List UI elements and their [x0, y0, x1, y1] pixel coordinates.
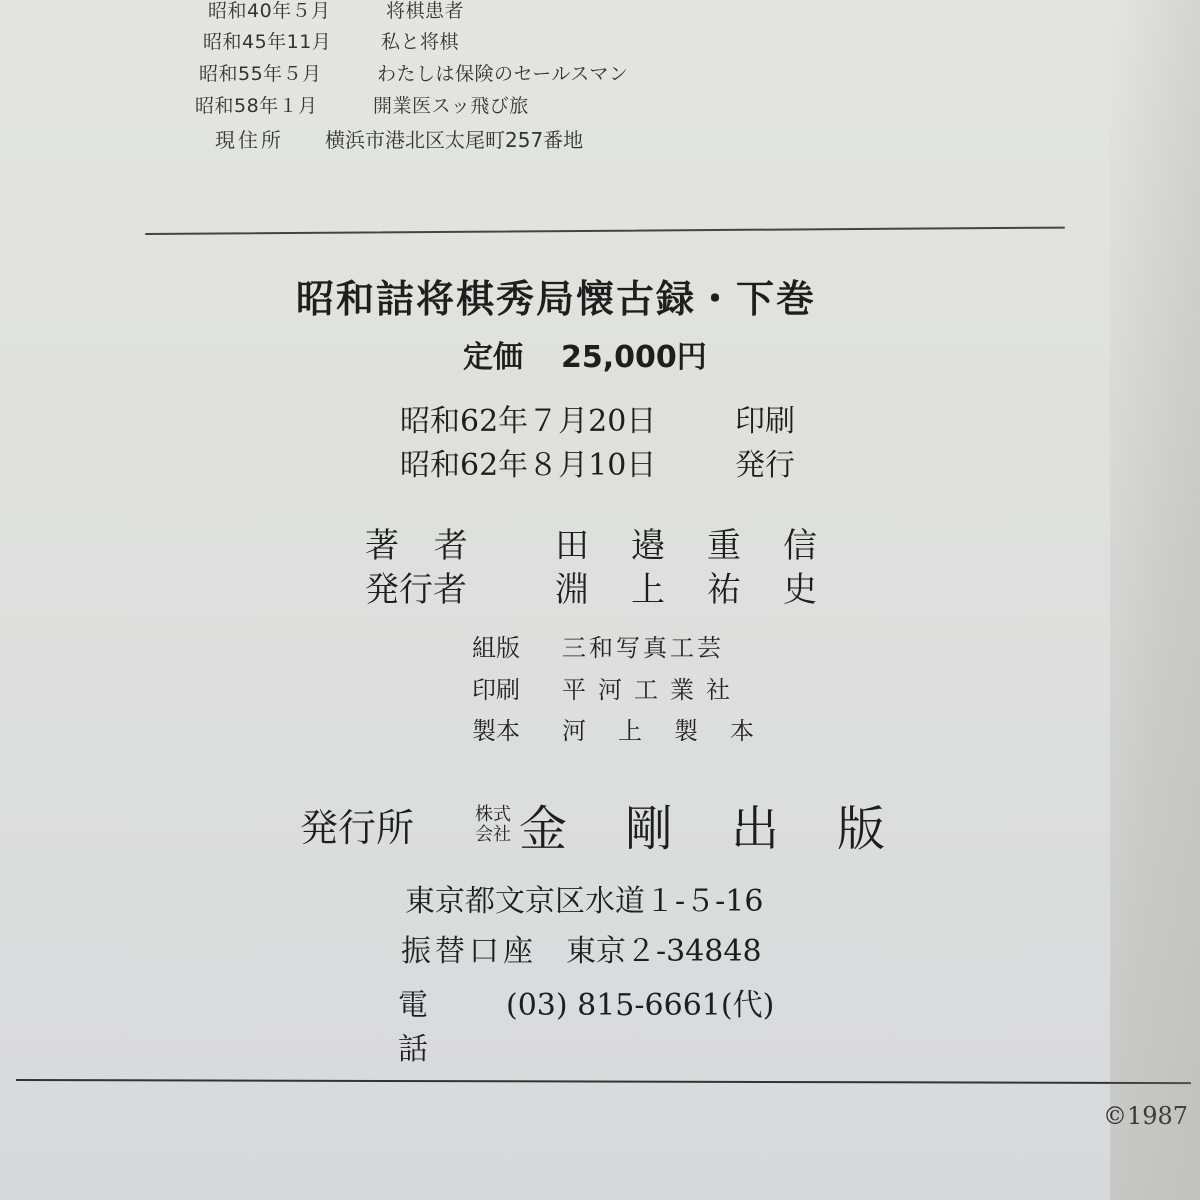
publisher-row: 発行所 株式 会社 金剛出版: [300, 790, 943, 859]
copyright-notice: ©1987: [1103, 1102, 1188, 1130]
history-item: 昭和40年５月 将棋患者: [208, 0, 464, 23]
publisher-person-name: 淵上祐史: [555, 562, 859, 611]
credit-printing: 印刷 平河工業社: [472, 670, 742, 705]
transfer-account-value: 東京２-34848: [566, 926, 762, 970]
history-item: 昭和58年１月 開業医スッ飛び旅: [195, 91, 529, 118]
publisher-address: 東京都文京区水道１-５-16: [405, 876, 763, 920]
history-work: 将棋患者: [386, 0, 464, 23]
credit-printing-label: 印刷: [472, 670, 562, 705]
history-work: 開業医スッ飛び旅: [373, 91, 529, 118]
history-date: 昭和58年１月: [195, 91, 373, 118]
publisher-name: 金剛出版: [519, 790, 943, 859]
author-name: 田邉重信: [555, 518, 859, 567]
history-item: 昭和45年11月 私と将棋: [203, 27, 459, 54]
corporation-mark: 株式 会社: [475, 805, 511, 845]
price-value: 25,000円: [561, 340, 707, 375]
publisher-label: 発行所: [300, 797, 475, 852]
print-date: 昭和62年７月20日: [400, 396, 735, 440]
phone-value: (03) 815-6661(代): [506, 980, 774, 1068]
phone: 電話 (03) 815-6661(代): [398, 980, 774, 1068]
price-label: 定価: [463, 340, 523, 375]
book-title: 昭和詰将棋秀局懐古録・下巻: [296, 268, 816, 323]
print-date-event: 印刷: [735, 396, 795, 440]
corporation-mark-line2: 会社: [475, 825, 511, 845]
credit-binding: 製本 河上製本: [472, 711, 786, 746]
history-work: 私と将棋: [381, 27, 459, 54]
credit-binding-name: 河上製本: [562, 711, 786, 746]
history-date: 昭和40年５月: [208, 0, 386, 23]
credit-typesetting: 組版 三和写真工芸: [472, 628, 724, 663]
history-date: 昭和55年５月: [199, 59, 377, 86]
transfer-account: 振替口座 東京２-34848: [401, 926, 762, 970]
publish-date-row: 昭和62年８月10日 発行: [400, 440, 795, 484]
history-work: わたしは保険のセールスマン: [377, 59, 628, 86]
credit-typesetting-label: 組版: [472, 628, 562, 663]
transfer-account-label: 振替口座: [401, 926, 566, 970]
colophon-page: 昭和40年５月 将棋患者 昭和45年11月 私と将棋 昭和55年５月 わたしは保…: [0, 0, 1200, 1200]
credit-binding-label: 製本: [472, 711, 562, 746]
author-label: 著 者: [365, 518, 555, 567]
credit-printing-name: 平河工業社: [562, 670, 742, 705]
divider-bottom: [16, 1079, 1191, 1084]
corporation-mark-line1: 株式: [475, 805, 511, 825]
current-address-label: 現住所: [215, 124, 325, 153]
history-date: 昭和45年11月: [203, 27, 381, 54]
history-item: 昭和55年５月 わたしは保険のセールスマン: [199, 59, 628, 86]
publish-date: 昭和62年８月10日: [400, 440, 735, 484]
current-address-value: 横浜市港北区太尾町257番地: [325, 124, 583, 153]
author-row: 著 者 田邉重信: [365, 518, 859, 567]
publisher-address-value: 東京都文京区水道１-５-16: [405, 876, 763, 920]
print-date-row: 昭和62年７月20日 印刷: [400, 396, 795, 440]
publisher-person-row: 発行者 淵上祐史: [365, 562, 859, 611]
phone-label: 電話: [398, 980, 506, 1068]
current-address: 現住所 横浜市港北区太尾町257番地: [215, 124, 583, 153]
page-curl-shadow: [1110, 0, 1200, 1200]
credit-typesetting-name: 三和写真工芸: [562, 628, 724, 663]
publisher-person-label: 発行者: [365, 562, 555, 611]
divider-top: [145, 227, 1065, 235]
publish-date-event: 発行: [735, 440, 795, 484]
price: 定価25,000円: [463, 332, 707, 376]
